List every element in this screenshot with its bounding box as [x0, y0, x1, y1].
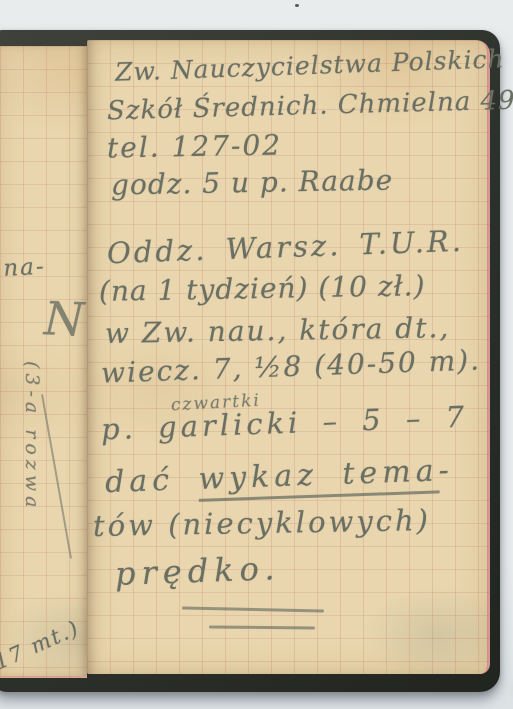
handwriting-line: p. garlicki – 5 – 7 [101, 402, 469, 447]
handwriting-line: dać wykaz tema- [105, 454, 455, 499]
handwriting-text: - [438, 453, 454, 489]
notebook-right-page: Zw. Nauczycielstwa Polskich Szkół Średni… [87, 40, 490, 674]
handwriting-line: godz. 5 u p. Raabe [111, 166, 394, 202]
handwriting-line: Szkół Średnich. Chmielna 49 [107, 87, 513, 126]
handwriting-fragment-rotated: (3-a rozwa [21, 361, 42, 512]
handwriting-underlined-text: wykaz tema [198, 453, 439, 501]
pencil-diagonal-line [41, 394, 72, 559]
notebook-scan: ina- N (3-a rozwa 17 mt.) Zw. Nauczyciel… [0, 0, 513, 709]
handwriting-line: w Zw. nau., która dt., [105, 313, 451, 350]
handwriting-line: tel. 127-02 [107, 130, 283, 164]
pencil-underline-stroke [182, 607, 324, 613]
handwriting-line: Zw. Nauczycielstwa Polskich [115, 45, 505, 86]
handwriting-fragment-rotated: 17 mt.) [0, 617, 83, 675]
handwriting-line: prędko. [114, 551, 281, 592]
handwriting-fragment: ina- [0, 255, 46, 283]
pencil-smudge [507, 670, 513, 709]
handwriting-fragment: N [43, 293, 86, 345]
handwriting-line: tów (niecyklowych) [93, 505, 431, 543]
handwriting-text: dać [104, 462, 199, 500]
scan-speck [295, 4, 299, 7]
notebook-left-page: ina- N (3-a rozwa 17 mt.) [0, 46, 87, 678]
handwriting-line: (na 1 tydzień) (10 zł.) [99, 271, 426, 307]
handwriting-line: wiecz. 7, ½8 (40-50 m). [101, 345, 482, 389]
handwriting-line: Oddz. Warsz. T.U.R. [107, 226, 465, 270]
pencil-underline-stroke [209, 625, 315, 629]
